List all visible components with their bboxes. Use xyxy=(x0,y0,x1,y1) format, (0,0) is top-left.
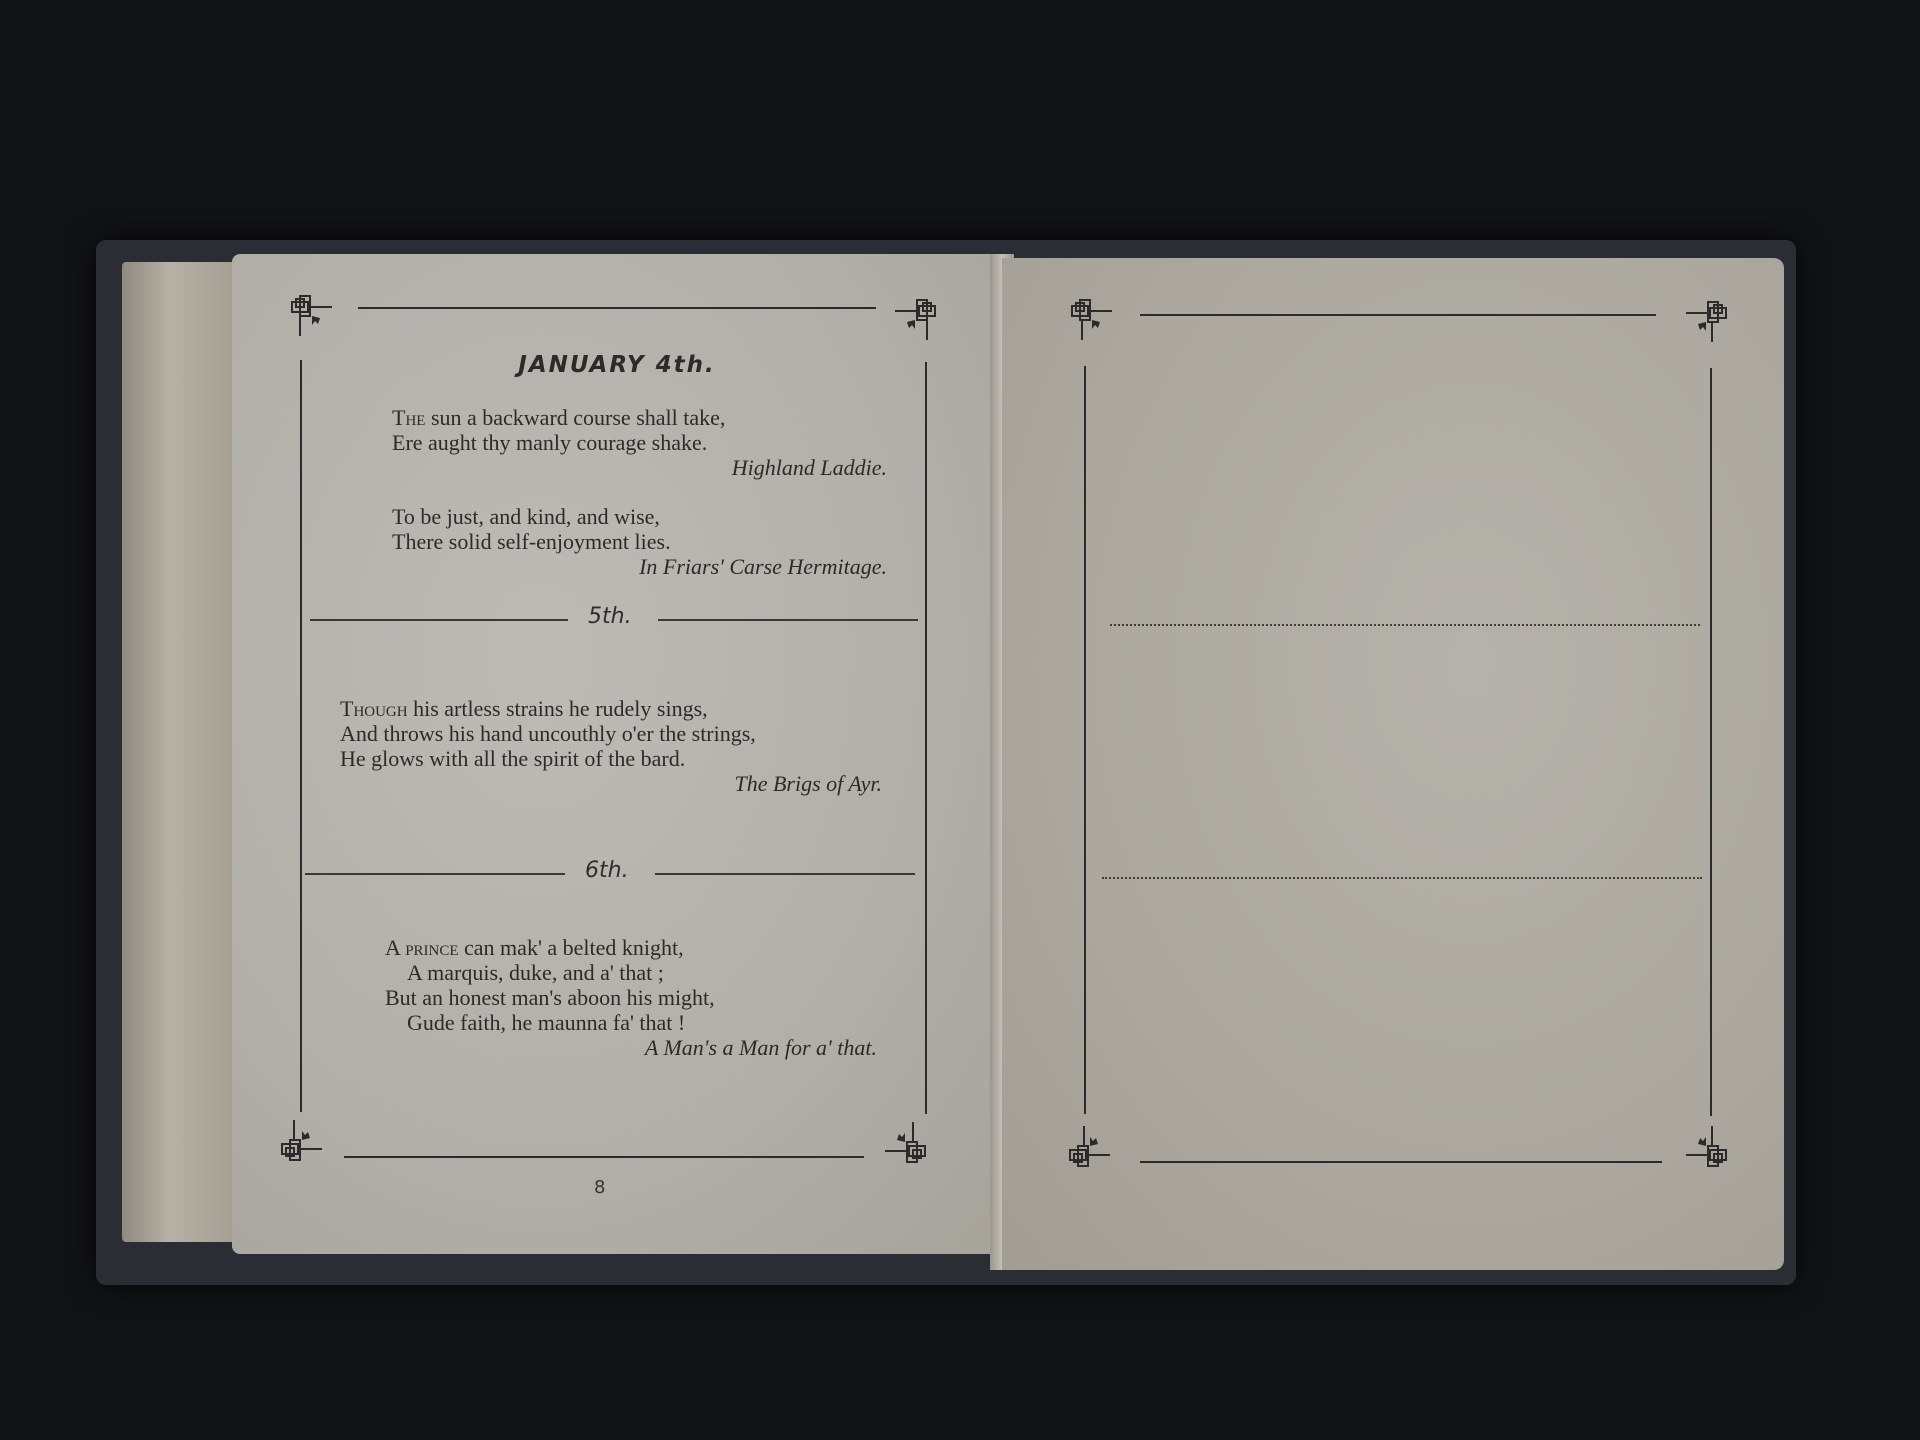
date-separator: 5th. xyxy=(310,604,918,634)
page-edges xyxy=(122,262,242,1242)
date-separator: 6th. xyxy=(305,858,915,888)
verse-source: In Friars' Carse Hermitage. xyxy=(392,554,887,579)
corner-ornament-icon xyxy=(288,292,332,336)
verse-lead: The xyxy=(392,405,425,430)
corner-ornament-icon xyxy=(278,1120,322,1164)
corner-ornament-icon xyxy=(895,296,939,340)
verse-line: his artless strains he rudely sings, xyxy=(413,696,708,721)
verse-block: The sun a backward course shall take, Er… xyxy=(392,405,887,480)
verse-source: The Brigs of Ayr. xyxy=(340,771,882,796)
corner-ornament-icon xyxy=(1066,1126,1110,1170)
date-label: 6th. xyxy=(585,858,629,883)
verse-line: To be just, and kind, and wise, xyxy=(392,504,887,529)
verse-line: can mak' a belted knight, xyxy=(464,935,684,960)
verse-block: To be just, and kind, and wise, There so… xyxy=(392,504,887,579)
corner-ornament-icon xyxy=(1686,298,1730,342)
corner-ornament-icon xyxy=(885,1122,929,1166)
verse-line: He glows with all the spirit of the bard… xyxy=(340,746,882,771)
verse-lead: Though xyxy=(340,696,408,721)
notes-divider xyxy=(1110,624,1700,626)
verse-line: sun a backward course shall take, xyxy=(431,405,725,430)
page-number: 8 xyxy=(594,1177,605,1198)
verse-line: Gude faith, he maunna fa' that ! xyxy=(385,1010,877,1035)
verse-lead: prince xyxy=(405,935,458,960)
page-heading: JANUARY 4th. xyxy=(232,352,1002,378)
verse-line: A marquis, duke, and a' that ; xyxy=(385,960,877,985)
corner-ornament-icon xyxy=(1686,1126,1730,1170)
verse-source: Highland Laddie. xyxy=(392,455,887,480)
verse-line: Ere aught thy manly courage shake. xyxy=(392,430,887,455)
right-page xyxy=(1002,258,1784,1270)
verse-line: There solid self-enjoyment lies. xyxy=(392,529,887,554)
date-label: 5th. xyxy=(588,604,632,629)
verse-source: A Man's a Man for a' that. xyxy=(385,1035,877,1060)
corner-ornament-icon xyxy=(1068,296,1112,340)
notes-divider xyxy=(1102,877,1702,879)
verse-block: Though his artless strains he rudely sin… xyxy=(340,696,882,796)
verse-block: A prince can mak' a belted knight, A mar… xyxy=(385,935,877,1060)
verse-line: But an honest man's aboon his might, xyxy=(385,985,877,1010)
verse-lead: A xyxy=(385,935,400,960)
verse-line: And throws his hand uncouthly o'er the s… xyxy=(340,721,882,746)
